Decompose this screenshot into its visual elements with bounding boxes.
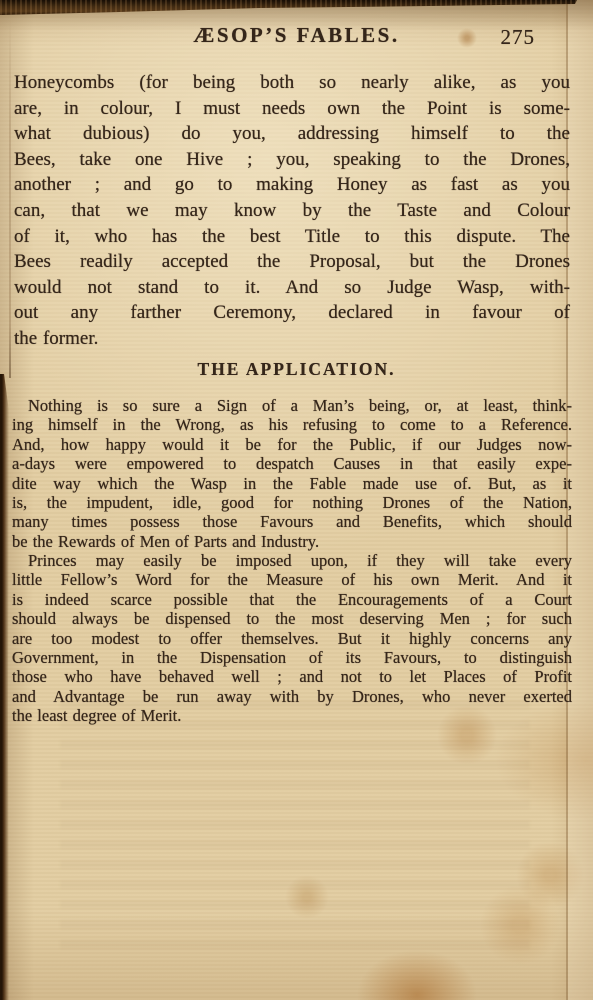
text-line: is indeed scarce possible that the Encou…	[12, 590, 572, 609]
text-line: Bees, take one Hive ; you, speaking to t…	[14, 147, 570, 173]
text-line: be the Rewards of Men of Parts and Indus…	[12, 532, 572, 551]
text-line: is, the impudent, idle, good for nothing…	[12, 493, 572, 512]
text-line: Princes may easily be imposed upon, if t…	[12, 551, 572, 570]
text-line: should always be dispensed to the most d…	[12, 609, 572, 628]
text-line: little Fellow’s Word for the Measure of …	[12, 570, 572, 589]
text-line: and Advantage be run away with by Drones…	[12, 687, 572, 706]
text-line: ing himself in the Wrong, as his refusin…	[12, 415, 572, 434]
text-line: dite way which the Wasp in the Fable mad…	[12, 474, 572, 493]
text-line: many times possess those Favours and Ben…	[12, 512, 572, 531]
text-line: of it, who has the best Title to this di…	[14, 224, 570, 250]
text-line: another ; and go to making Honey as fast…	[14, 172, 570, 198]
text-line: the least degree of Merit.	[12, 706, 572, 725]
text-line: what dubious) do you, addressing himself…	[14, 121, 570, 147]
text-line: Government, in the Dispensation of its F…	[12, 648, 572, 667]
text-line: Bees readily accepted the Proposal, but …	[14, 249, 570, 275]
text-line: can, that we may know by the Taste and C…	[14, 198, 570, 224]
application-paragraph-1: Nothing is so sure a Sign of a Man’s bei…	[12, 396, 572, 551]
text-line: would not stand to it. And so Judge Wasp…	[14, 275, 570, 301]
application-heading: THE APPLICATION.	[0, 359, 593, 380]
page-crease	[9, 18, 11, 378]
text-line: are, in colour, I must needs own the Poi…	[14, 96, 570, 122]
text-line: out any farther Ceremony, declared in fa…	[14, 300, 570, 326]
book-page: ÆSOP’S FABLES. 275 Honeycombs (for being…	[0, 0, 593, 1000]
text-line: Honeycombs (for being both so nearly ali…	[14, 70, 570, 96]
page-number: 275	[501, 25, 536, 50]
text-line: are too modest to offer themselves. But …	[12, 629, 572, 648]
fable-paragraph: Honeycombs (for being both so nearly ali…	[14, 70, 570, 352]
text-line: the former.	[14, 326, 570, 352]
text-line: And, how happy would it be for the Publi…	[12, 435, 572, 454]
show-through-text	[60, 700, 530, 960]
binding-edge-left	[0, 374, 9, 1000]
text-line: those who have behaved well ; and not to…	[12, 667, 572, 686]
text-line: a-days were empowered to despatch Causes…	[12, 454, 572, 473]
text-line: Nothing is so sure a Sign of a Man’s bei…	[12, 396, 572, 415]
application-paragraph-2: Princes may easily be imposed upon, if t…	[12, 551, 572, 726]
